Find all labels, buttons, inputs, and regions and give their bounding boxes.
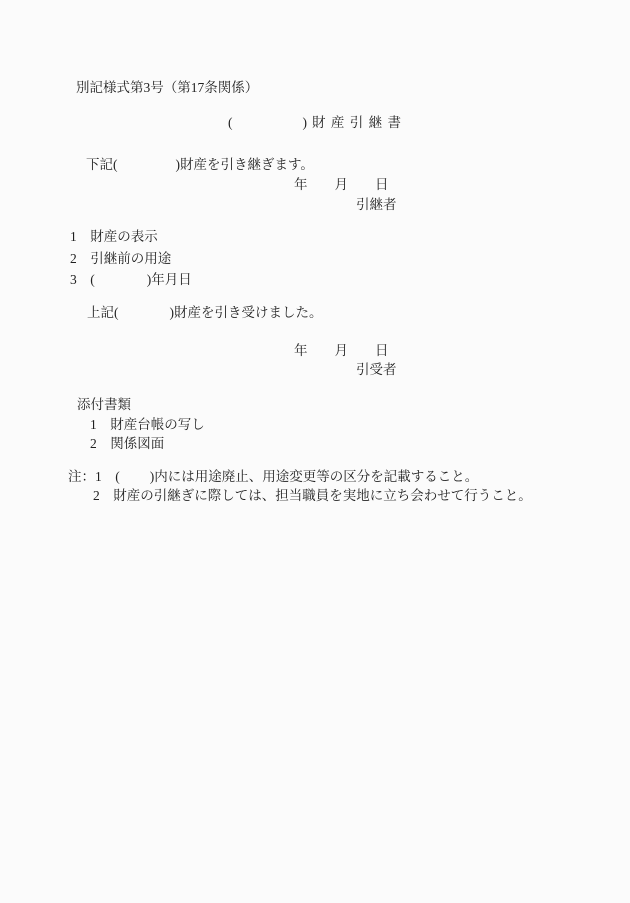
- receipt-signer-label: 引受者: [356, 362, 397, 378]
- transfer-statement-tail: )財産を引き継ぎます。: [176, 157, 314, 172]
- receipt-blank-field: [119, 316, 170, 317]
- document-title: ()財 産 引 継 書: [228, 115, 402, 131]
- transfer-blank-field: [118, 168, 176, 169]
- title-blank-field: [233, 126, 303, 127]
- title-text: 財 産 引 継 書: [312, 115, 402, 130]
- note-2: 2 財産の引継ぎに際しては、担当職員を実地に立ち会わせて行うこと。: [93, 488, 532, 504]
- property-item-date-tail: )年月日: [147, 272, 192, 287]
- property-item-date: 3 ()年月日: [70, 272, 192, 288]
- title-open-paren: (: [228, 115, 233, 130]
- property-item-display: 1 財産の表示: [70, 229, 158, 245]
- transfer-date-line: 年 月 日: [294, 177, 389, 193]
- transfer-statement: 下記()財産を引き継ぎます。: [86, 157, 314, 173]
- receipt-date-line: 年 月 日: [294, 343, 389, 359]
- transfer-statement-lead: 下記(: [86, 157, 118, 172]
- receipt-statement-lead: 上記(: [87, 305, 119, 320]
- title-close-paren: ): [303, 115, 308, 130]
- attachment-item-related-drawings: 2 関係図面: [90, 436, 164, 452]
- note-1-blank-field: [120, 480, 150, 481]
- form-number: 別記様式第3号（第17条関係）: [76, 80, 258, 96]
- property-item-date-blank-field: [95, 283, 147, 284]
- note-1-lead: 注：1 (: [68, 469, 120, 484]
- receipt-statement-tail: )財産を引き受けました。: [170, 305, 323, 320]
- property-item-date-lead: 3 (: [70, 272, 95, 287]
- attachments-heading: 添付書類: [77, 397, 131, 413]
- property-item-previous-use: 2 引継前の用途: [70, 251, 171, 267]
- transfer-signer-label: 引継者: [356, 197, 397, 213]
- receipt-statement: 上記()財産を引き受けました。: [87, 305, 323, 321]
- note-1: 注：1 ()内には用途廃止、用途変更等の区分を記載すること。: [68, 469, 478, 485]
- attachment-item-ledger-copy: 1 財産台帳の写し: [90, 417, 205, 433]
- note-1-tail: )内には用途廃止、用途変更等の区分を記載すること。: [150, 469, 479, 484]
- form-document: 別記様式第3号（第17条関係） ()財 産 引 継 書 下記()財産を引き継ぎま…: [0, 0, 630, 903]
